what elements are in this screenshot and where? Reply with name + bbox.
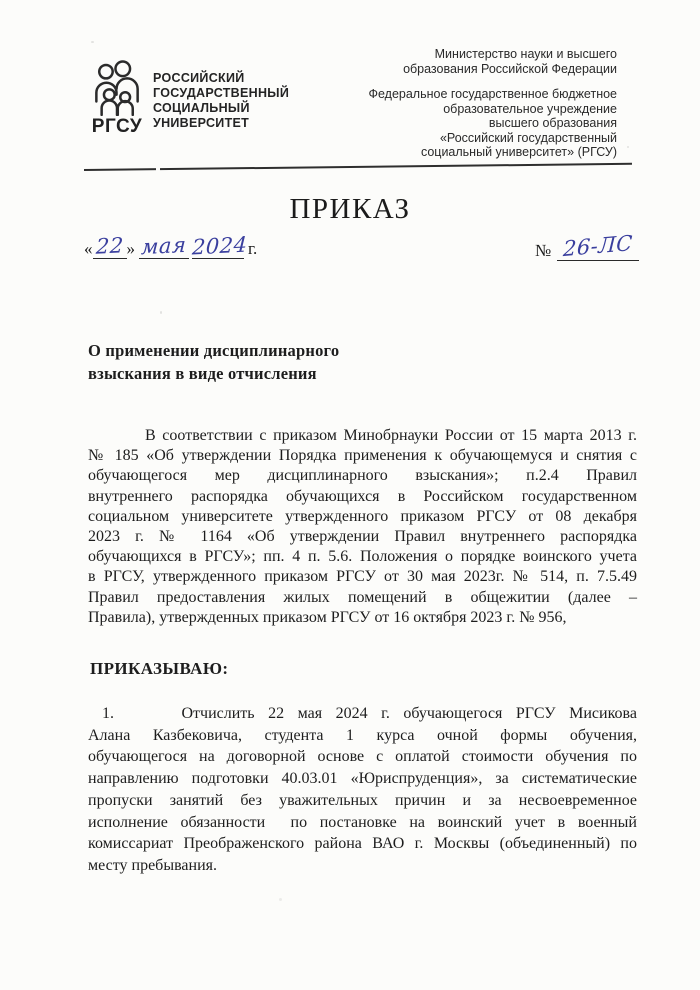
university-abbreviation: РГСУ	[92, 117, 142, 136]
institution-name: Федеральное государственное бюджетноеобр…	[368, 87, 617, 160]
document-title: ПРИКАЗ	[0, 193, 700, 226]
text-line: «Российский государственный	[368, 131, 617, 146]
text-line: образования Российской Федерации	[368, 62, 617, 77]
text-line: обучающегося мер дисциплинарного взыскан…	[88, 466, 637, 486]
ministry-name: Министерство науки и высшегообразования …	[368, 47, 617, 76]
text-line: В соответствии с приказом Минобрнауки Ро…	[88, 426, 637, 446]
date-year-blank: 2024	[192, 237, 244, 259]
scan-speck	[160, 311, 162, 314]
text-line: исполнение обязанности по постановке на …	[88, 812, 637, 834]
letterhead-right-block: Министерство науки и высшегообразования …	[368, 47, 617, 160]
text-line: образовательное учреждение	[368, 102, 617, 117]
text-line: обучающегося на договорной основе с опла…	[88, 746, 637, 768]
order-date: «22»мая2024г.	[84, 237, 257, 259]
text-line: СОЦИАЛЬНЫЙ	[153, 101, 289, 116]
scan-speck	[279, 898, 282, 901]
text-line: внутреннего распорядка обучающихся в Рос…	[88, 487, 637, 507]
text-line: взыскания в виде отчисления	[88, 362, 339, 385]
close-quote: »	[127, 239, 136, 258]
text-line: О применении дисциплинарного	[88, 339, 339, 362]
text-line: комиссариат Преображенского района ВАО г…	[88, 833, 637, 855]
text-line: направлению подготовки 40.03.01 «Юриспру…	[88, 768, 637, 790]
text-line: РОССИЙСКИЙ	[153, 71, 289, 86]
university-logo-mark: РГСУ	[92, 60, 142, 136]
text-line: месту пребывания.	[88, 855, 637, 877]
order-number: №26-ЛС	[535, 239, 639, 261]
number-sign: №	[535, 241, 551, 260]
handwritten-day: 22	[95, 235, 124, 258]
text-line: высшего образования	[368, 116, 617, 131]
handwritten-year: 2024	[191, 235, 247, 259]
university-logo: РГСУ РОССИЙСКИЙГОСУДАРСТВЕННЫЙСОЦИАЛЬНЫЙ…	[92, 60, 289, 136]
order-document-page: РГСУ РОССИЙСКИЙГОСУДАРСТВЕННЫЙСОЦИАЛЬНЫЙ…	[0, 0, 700, 990]
date-day-blank: 22	[93, 237, 127, 259]
text-line: № 185 «Об утверждении Порядка применения…	[88, 446, 637, 466]
text-line: обучающихся в РГСУ»; пп. 4 п. 5.6. Полож…	[88, 547, 637, 567]
text-line: Правил предоставления жилых помещений в …	[88, 588, 637, 608]
text-line: Федеральное государственное бюджетное	[368, 87, 617, 102]
order-subject: О применении дисциплинарноговзыскания в …	[88, 339, 339, 385]
scan-speck	[91, 41, 94, 43]
text-line: пропуски занятий без уважительных причин…	[88, 790, 637, 812]
number-blank: 26-ЛС	[557, 239, 639, 261]
order-item-1: 1. Отчислить 22 мая 2024 г. обучающегося…	[88, 703, 637, 877]
text-line: Алана Казбековича, студента 1 курса очно…	[88, 725, 637, 747]
text-line: Министерство науки и высшего	[368, 47, 617, 62]
text-line: 1. Отчислить 22 мая 2024 г. обучающегося…	[88, 703, 637, 725]
text-line: 2023 г. № 1164 «Об утверждении Правил вн…	[88, 527, 637, 547]
handwritten-month: мая	[141, 235, 187, 258]
open-quote: «	[84, 239, 93, 258]
text-line: в РГСУ, утвержденного приказом РГСУ от 3…	[88, 567, 637, 587]
university-name: РОССИЙСКИЙГОСУДАРСТВЕННЫЙСОЦИАЛЬНЫЙУНИВЕ…	[153, 60, 289, 131]
rgsu-people-logo-icon	[93, 60, 141, 116]
scan-speck	[627, 146, 629, 148]
text-line: социальном университете утвержденного пр…	[88, 507, 637, 527]
text-line: социальный университет» (РГСУ)	[368, 145, 617, 160]
text-line: Правила), утвержденных приказом РГСУ от …	[88, 608, 637, 628]
handwritten-number: 26-ЛС	[563, 233, 634, 260]
date-month-blank: мая	[139, 237, 189, 259]
date-suffix: г.	[248, 239, 257, 258]
order-preamble: В соответствии с приказом Минобрнауки Ро…	[88, 426, 637, 628]
command-word: ПРИКАЗЫВАЮ:	[90, 659, 228, 679]
text-line: УНИВЕРСИТЕТ	[153, 116, 289, 131]
header-divider-line	[84, 163, 632, 172]
text-line: ГОСУДАРСТВЕННЫЙ	[153, 86, 289, 101]
